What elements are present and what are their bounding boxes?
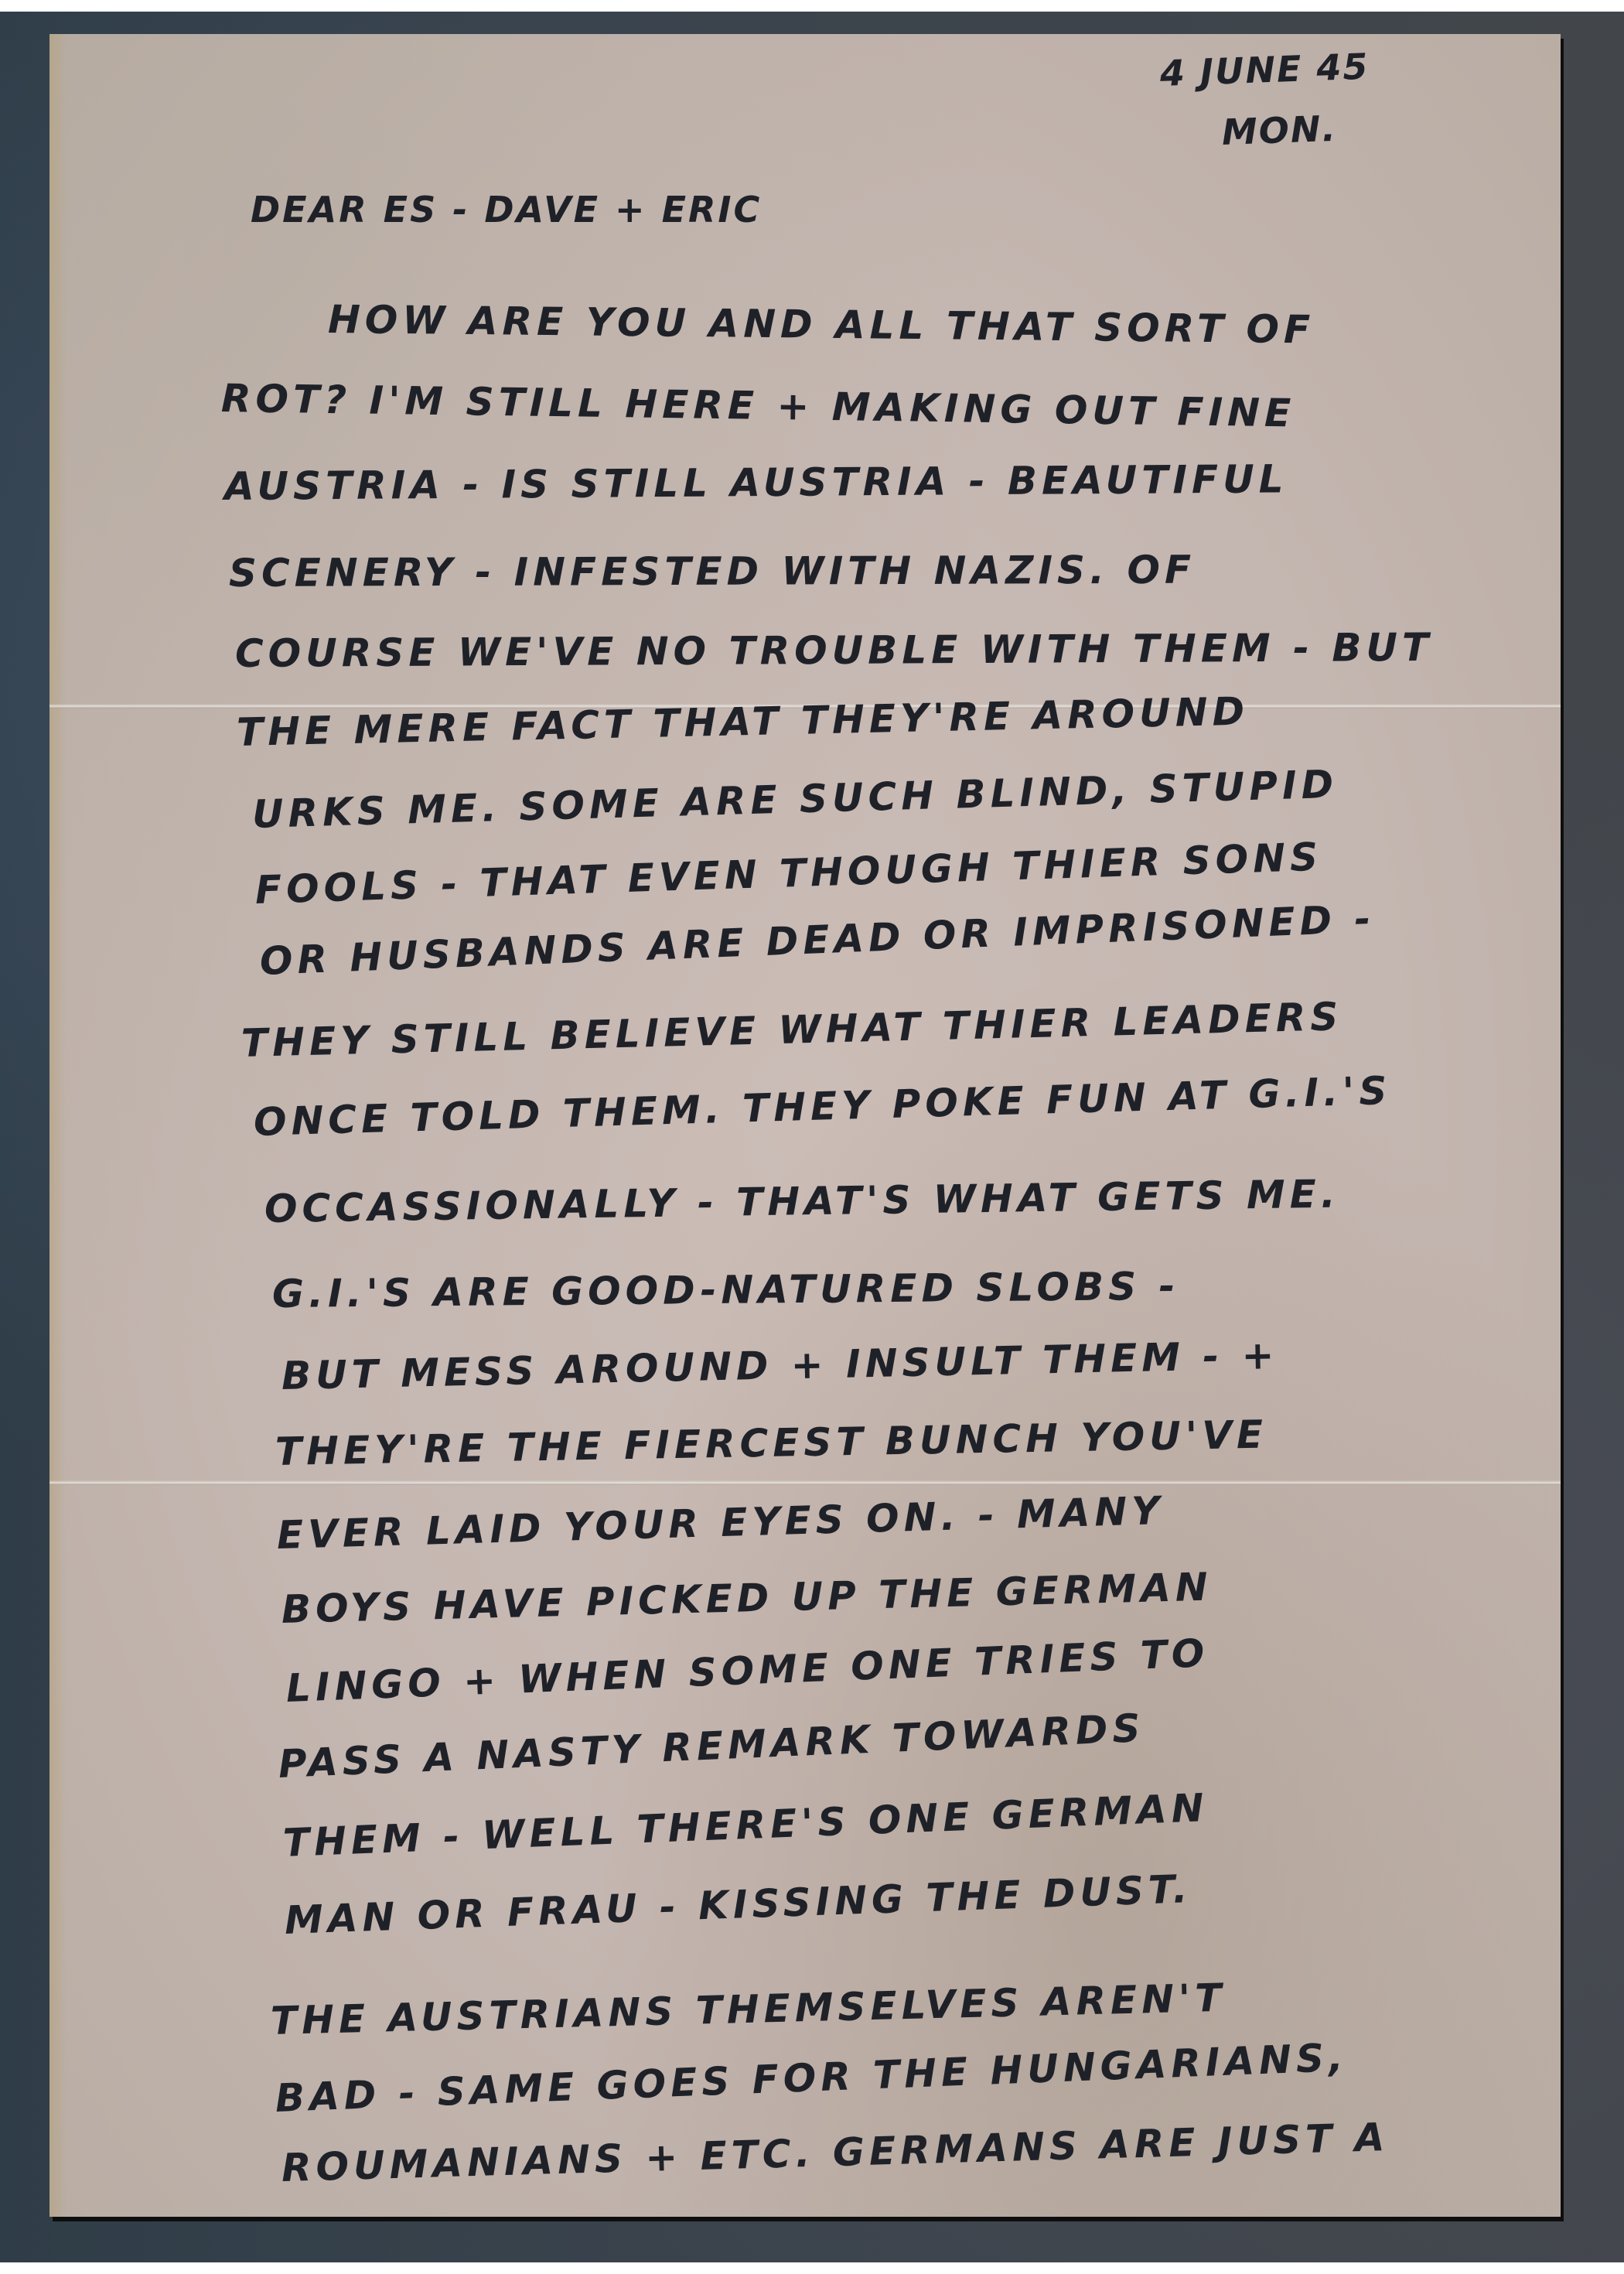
letter-line: urks me. Some are such blind, stupid bbox=[251, 762, 1339, 837]
letter-line: Rot? I'm still here + making out fine bbox=[221, 376, 1296, 435]
letter-date: 4 June 45 bbox=[1159, 46, 1370, 94]
letter-line: Austria - is still Austria - beautiful bbox=[224, 456, 1288, 509]
letter-day: Mon. bbox=[1221, 108, 1338, 153]
letter-line: the mere fact that they're around bbox=[236, 689, 1249, 755]
letter-line: they're the fiercest bunch you've bbox=[275, 1412, 1267, 1474]
letter-line: but mess around + insult them - + bbox=[281, 1333, 1279, 1398]
letter-line: ever laid your eyes on. - Many bbox=[276, 1488, 1165, 1558]
letter-line: The Austrians themselves aren't bbox=[270, 1975, 1227, 2044]
letter-line: lingo + when some one tries to bbox=[285, 1630, 1209, 1711]
letter-line: they still believe what thier leaders bbox=[241, 994, 1343, 1066]
letter-line: fools - that even though thier sons bbox=[254, 835, 1323, 913]
letter-line: occassionally - that's what gets me. bbox=[264, 1172, 1341, 1231]
letter-line: G.I.'s are good-natured slobs - bbox=[272, 1264, 1180, 1316]
letter-line: course we've no trouble with them - but bbox=[235, 625, 1433, 676]
letter-line: once told them. They poke fun at G.I.'s bbox=[253, 1068, 1392, 1145]
letter-page: 4 June 45 Mon. Dear Es - Dave + Eric How… bbox=[49, 34, 1561, 2217]
letter-line: Roumanians + etc. Germans are just a bbox=[281, 2115, 1390, 2190]
salutation: Dear Es - Dave + Eric bbox=[251, 189, 762, 230]
letter-line: or husbands are dead or imprisoned - bbox=[259, 896, 1376, 984]
letter-line: boys have picked up the German bbox=[281, 1565, 1213, 1632]
letter-line: them - well there's one German bbox=[282, 1785, 1209, 1866]
letter-line: How are you and all that sort of bbox=[328, 297, 1315, 352]
letter-line: pass a nasty remark towards bbox=[278, 1705, 1146, 1787]
paper-fold-line bbox=[49, 1480, 1561, 1485]
letter-line: man or frau - kissing the dust. bbox=[284, 1866, 1192, 1943]
letter-line: bad - same goes for the Hungarians, bbox=[275, 2035, 1349, 2121]
letter-line: scenery - infested with Nazis. Of bbox=[229, 548, 1196, 596]
